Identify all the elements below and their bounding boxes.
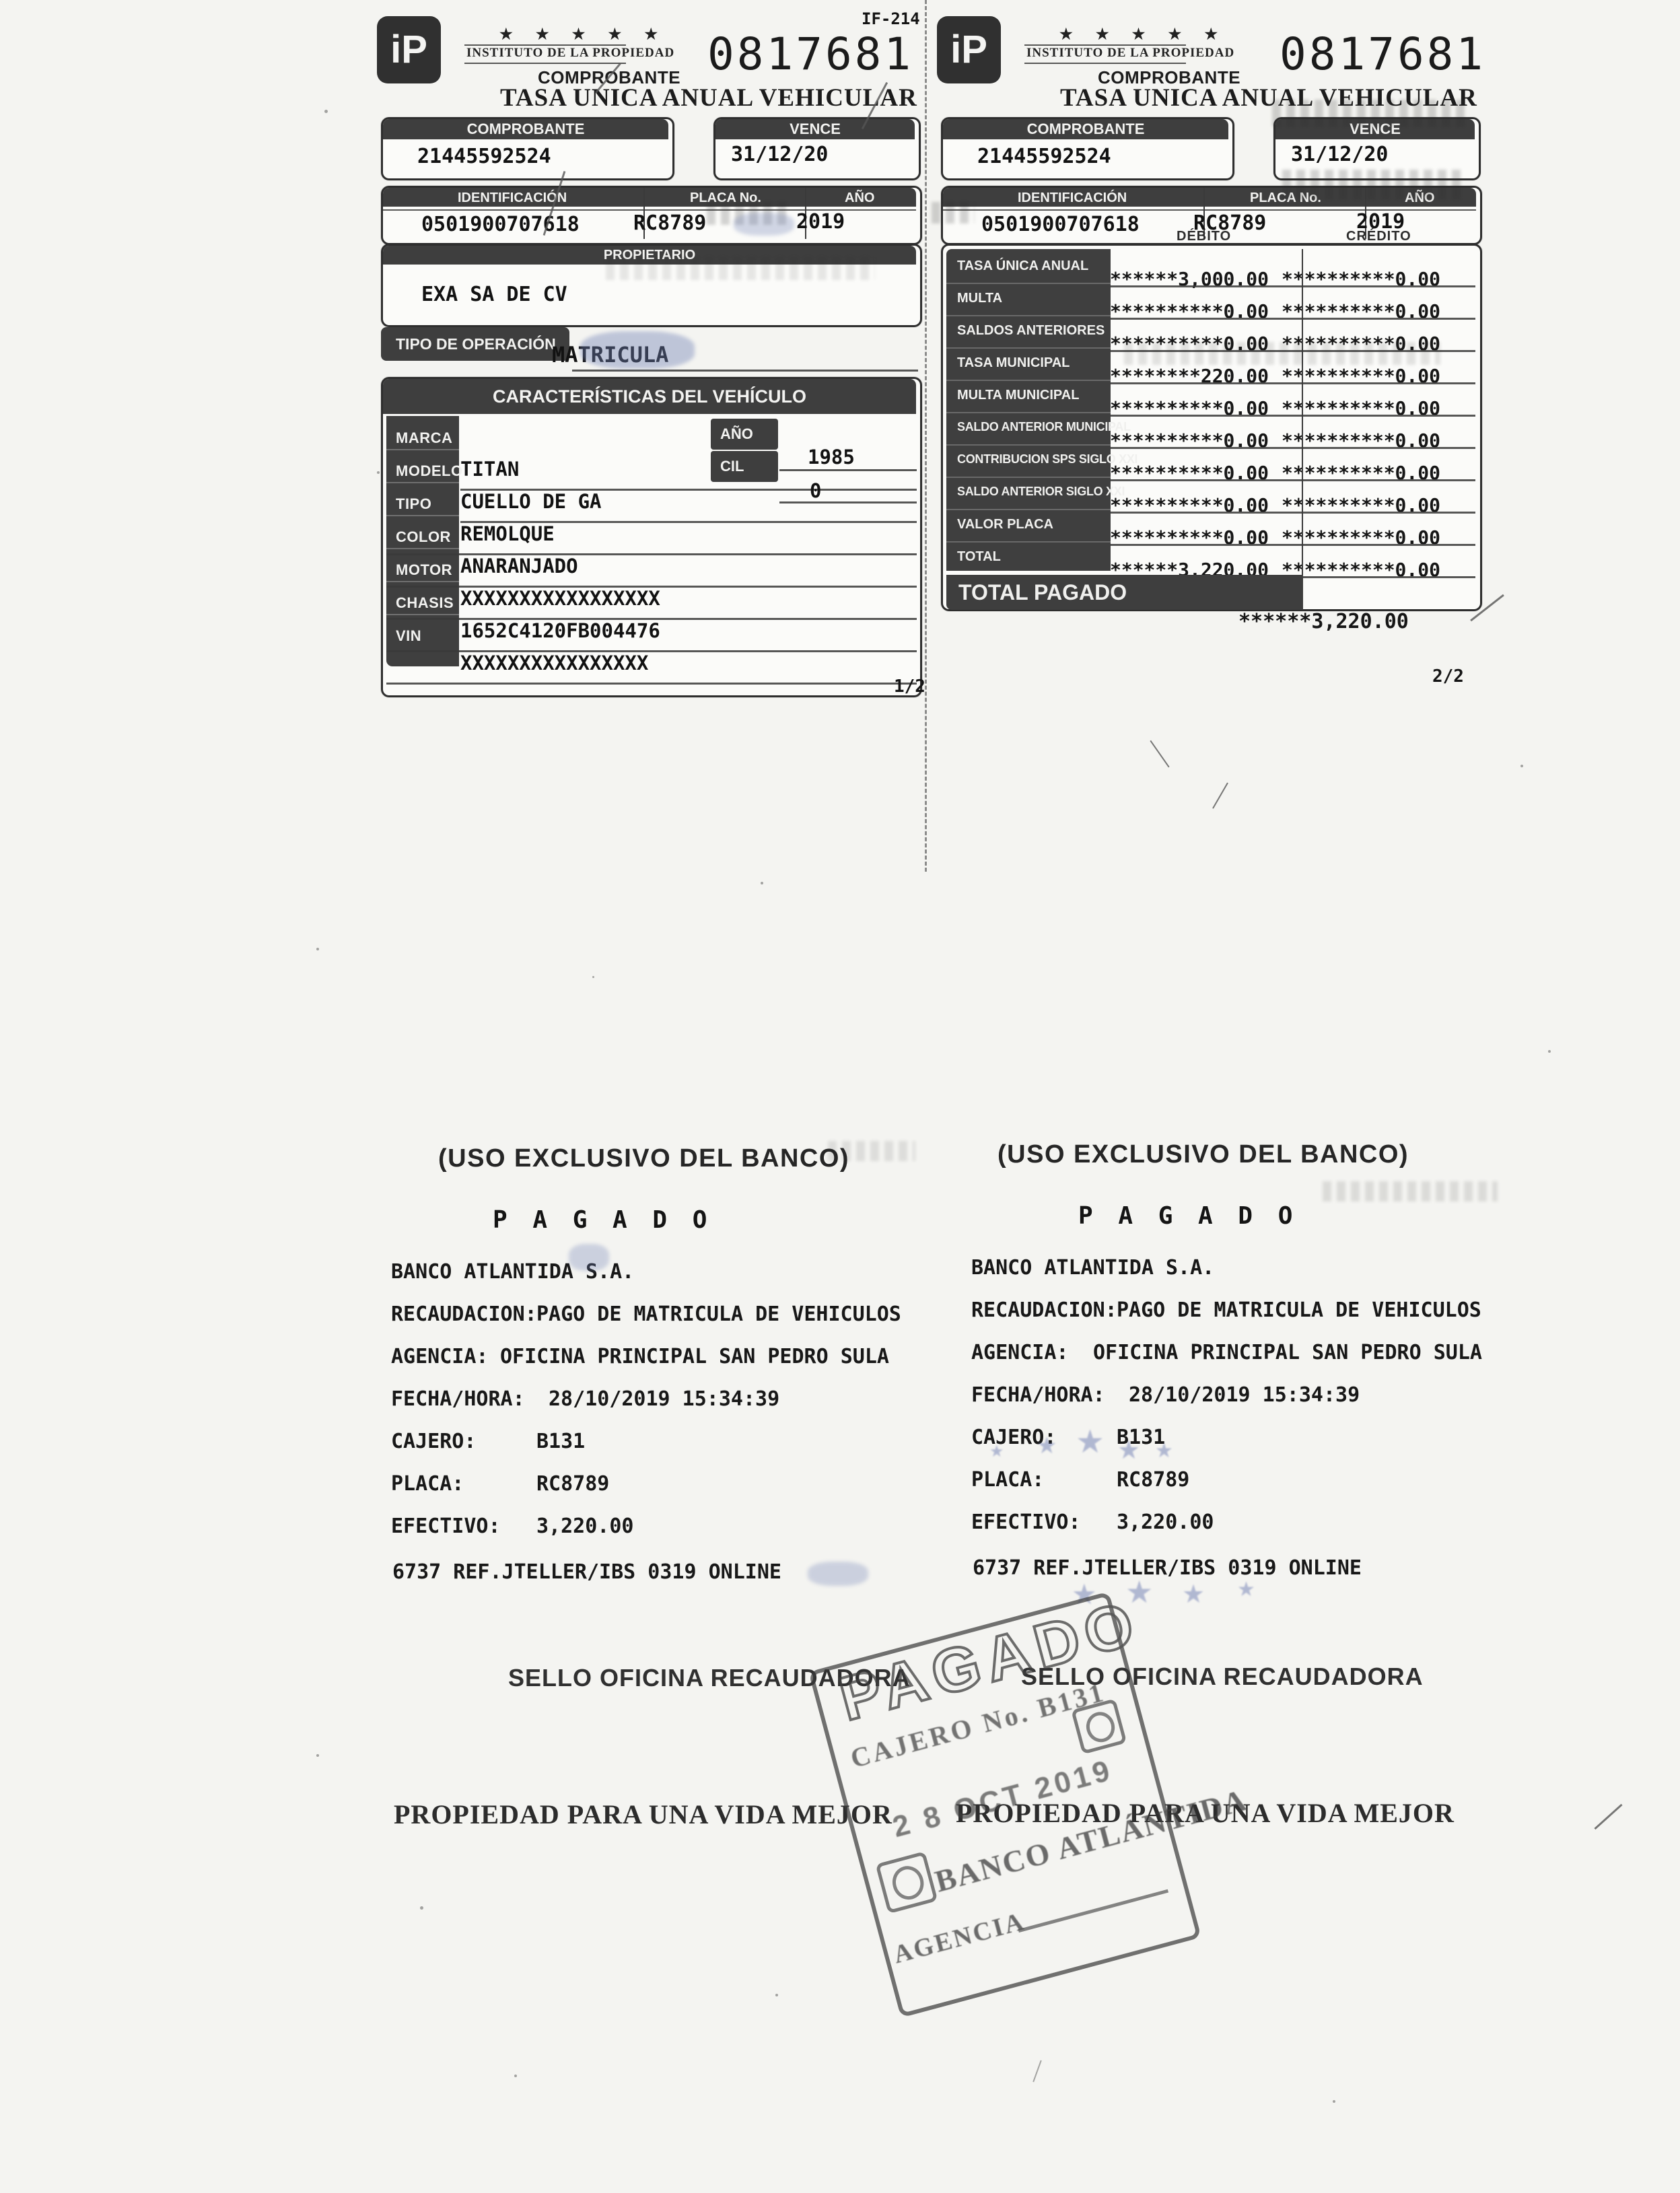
- ghost-print: [828, 1141, 915, 1161]
- ink-smudge: [734, 213, 794, 236]
- carbon-star-icon: ★: [1076, 1423, 1105, 1461]
- agencia-value: OFICINA PRINCIPAL SAN PEDRO SULA: [1093, 1341, 1482, 1364]
- veh-col-separator: [386, 614, 459, 615]
- comprobante-value: 21445592524: [417, 145, 551, 168]
- veh-row-label: VIN: [396, 627, 458, 645]
- stamp-agencia-text: AGENCIA: [890, 1906, 1028, 1970]
- fecha-label: FECHA/HORA:: [391, 1387, 525, 1411]
- scan-speck: [324, 110, 328, 113]
- veh-row-value: REMOLQUE: [460, 522, 555, 545]
- scan-speck: [377, 471, 380, 474]
- placa-label: PLACA:: [391, 1472, 464, 1496]
- scan-speck: [420, 1906, 423, 1910]
- carbon-star-icon: ★: [1037, 1432, 1057, 1459]
- placa-value: RC8789: [1117, 1468, 1189, 1492]
- stamp-datewheel-icon: [875, 1851, 938, 1914]
- recaudacion-label: RECAUDACION:: [971, 1298, 1117, 1322]
- veh-row-value: TITAN: [460, 458, 519, 481]
- scan-speck: [316, 1754, 319, 1757]
- efectivo-value: 3,220.00: [1117, 1510, 1214, 1534]
- ghost-print: [606, 257, 875, 280]
- recaudacion-label: RECAUDACION:: [391, 1302, 537, 1326]
- recaudacion-value: PAGO DE MATRICULA DE VEHICULOS: [1117, 1298, 1481, 1322]
- veh-col-separator: [386, 581, 459, 582]
- scan-speck: [1520, 765, 1523, 767]
- carbon-star-icon: ★: [1237, 1578, 1255, 1601]
- carbon-star-icon: ★: [1155, 1439, 1173, 1463]
- scan-speck: [775, 1994, 778, 1996]
- veh-row-label: COLOR: [396, 528, 458, 546]
- scan-speck: [1333, 2100, 1335, 2103]
- ink-smudge: [808, 1562, 868, 1586]
- veh-row-label: TIPO: [396, 495, 458, 513]
- fecha-value: 28/10/2019 15:34:39: [1129, 1383, 1360, 1407]
- carbon-star-icon: ★: [1182, 1579, 1205, 1609]
- ink-smudge: [580, 331, 695, 369]
- veh-col-separator: [386, 449, 459, 450]
- scan-speck: [514, 2075, 517, 2077]
- ghost-print: [932, 202, 975, 223]
- efectivo-label: EFECTIVO:: [971, 1510, 1081, 1534]
- stamp-agencia-line: [1018, 1889, 1168, 1933]
- cajero-value: B131: [536, 1430, 585, 1453]
- ip-logo: iP: [377, 16, 441, 83]
- pagado-line: P A G A D O: [1078, 1202, 1298, 1230]
- identificacion-value: 0501900707618: [421, 213, 580, 236]
- carbon-star-icon: ★: [989, 1442, 1004, 1461]
- ghost-print: [1282, 170, 1461, 199]
- veh-row-label: MARCA: [396, 429, 458, 447]
- pen-mark: [1594, 1804, 1622, 1830]
- efectivo-label: EFECTIVO:: [391, 1515, 501, 1538]
- scanned-receipt-page: { "form_code": "IF-214", "serial": "0817…: [0, 0, 1680, 2193]
- veh-row-label: MODELO: [396, 462, 458, 480]
- tipo-operacion-label: TIPO DE OPERACIÓN: [396, 335, 556, 353]
- veh-col-separator: [386, 548, 459, 549]
- ink-smudge: [569, 1244, 609, 1271]
- scan-speck: [761, 882, 763, 884]
- placa-label: PLACA:: [971, 1468, 1044, 1492]
- ghost-print: [1323, 1181, 1498, 1202]
- scan-speck: [1548, 1050, 1551, 1053]
- veh-row-label: CHASIS: [396, 594, 458, 612]
- ghost-print: [1272, 100, 1467, 127]
- ref-line: 6737 REF.JTELLER/IBS 0319 ONLINE: [973, 1556, 1362, 1580]
- scan-speck: [316, 948, 319, 950]
- scan-speck: [592, 976, 594, 978]
- agencia-label: AGENCIA:: [971, 1341, 1069, 1364]
- identificacion-label: IDENTIFICACIÓN: [458, 190, 567, 206]
- veh-row-label: MOTOR: [396, 561, 458, 579]
- agencia-label: AGENCIA:: [391, 1345, 489, 1368]
- ip-logo-text: iP: [390, 28, 427, 71]
- veh-col-separator: [386, 515, 459, 516]
- ghost-print: [1124, 342, 1440, 365]
- veh-row-value: ANARANJADO: [460, 555, 578, 578]
- uso-exclusivo: (USO EXCLUSIVO DEL BANCO): [998, 1140, 1409, 1169]
- total-pagado-value: ******3,220.00: [1238, 610, 1409, 633]
- banco-name: BANCO ATLANTIDA S.A.: [971, 1256, 1214, 1280]
- cajero-label: CAJERO:: [391, 1430, 476, 1453]
- veh-col-separator: [386, 482, 459, 483]
- carbon-star-icon: ★: [1117, 1435, 1140, 1465]
- tipo-operacion-chip: TIPO DE OPERACIÓN: [381, 327, 569, 361]
- propietario-value: EXA SA DE CV: [421, 283, 567, 306]
- fecha-label: FECHA/HORA:: [971, 1383, 1105, 1407]
